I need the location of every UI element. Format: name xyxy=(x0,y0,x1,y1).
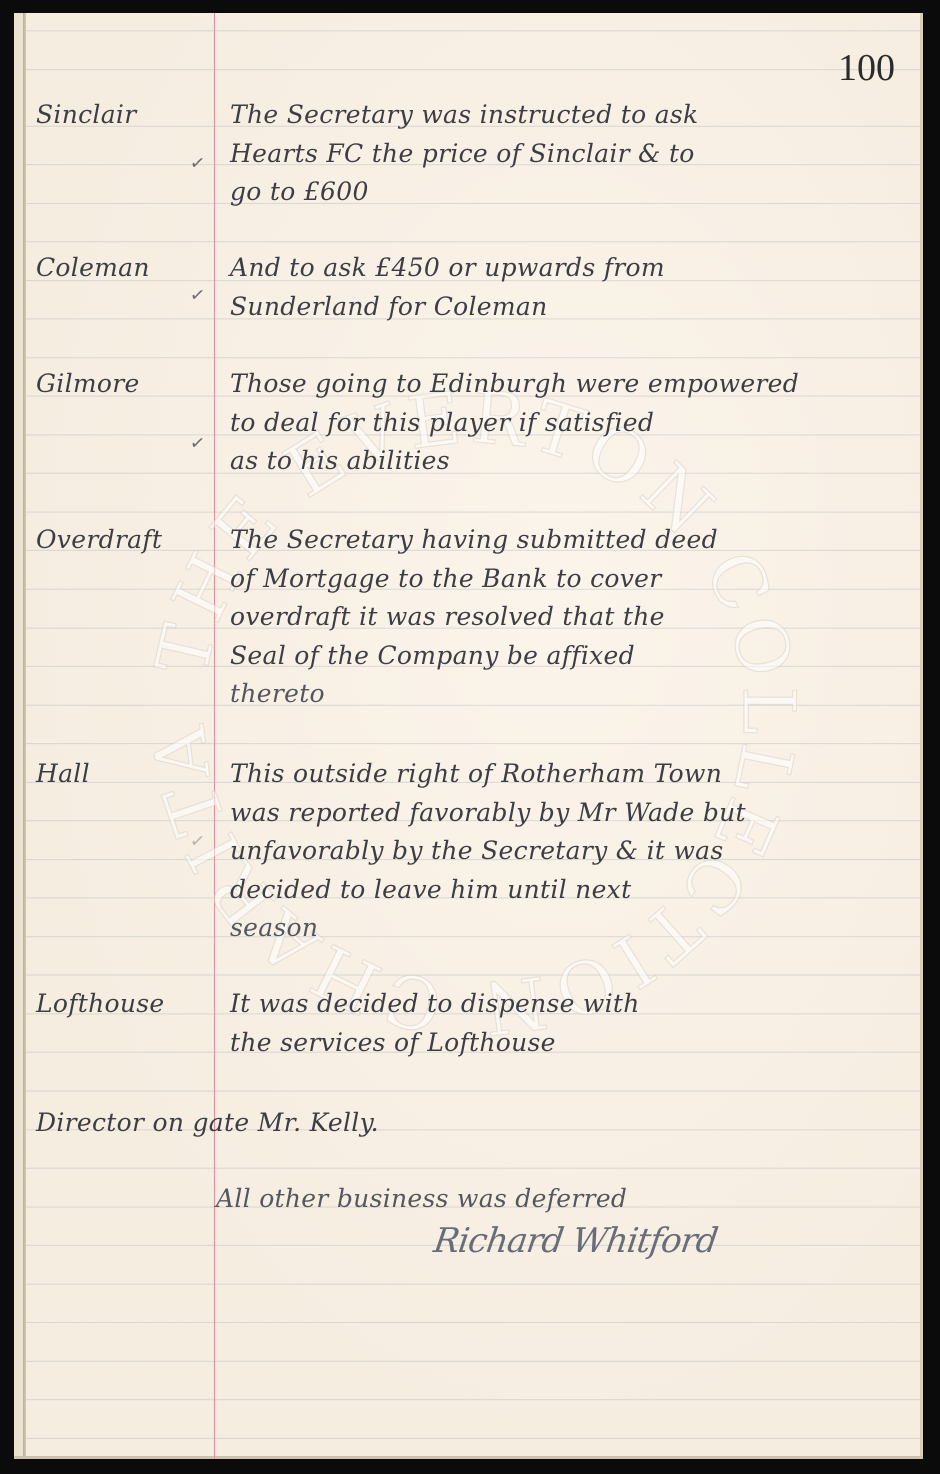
entry-line: to deal for this player if satisfied xyxy=(230,404,799,443)
entry-body: The Secretary was instructed to ask Hear… xyxy=(230,96,698,212)
entry-line: This outside right of Rotherham Town xyxy=(230,755,746,794)
entry-line: The Secretary having submitted deed xyxy=(230,521,718,560)
page-number: 100 xyxy=(838,46,895,90)
entry-line: And to ask £450 or upwards from xyxy=(230,249,665,288)
entry-body: It was decided to dispense with the serv… xyxy=(230,985,640,1062)
entry-line: It was decided to dispense with xyxy=(230,985,640,1024)
entry-label: Lofthouse xyxy=(36,985,165,1024)
entry-line: Those going to Edinburgh were empowered xyxy=(230,365,799,404)
entry-label: Sinclair xyxy=(36,96,136,135)
entry-body: This outside right of Rotherham Town was… xyxy=(230,755,746,948)
binding-strip xyxy=(14,13,23,1459)
entry-line: of Mortgage to the Bank to cover xyxy=(230,560,718,599)
ledger-page: THE EVERTON COLLECTION CHARITABLE TRUST … xyxy=(14,13,923,1459)
check-mark-icon: ✓ xyxy=(189,432,207,455)
entry-line: The Secretary was instructed to ask xyxy=(230,96,698,135)
closing-statement: All other business was deferred xyxy=(216,1180,627,1219)
binding-crease xyxy=(23,13,26,1459)
entry-line: decided to leave him until next xyxy=(230,871,746,910)
check-mark-icon: ✓ xyxy=(189,284,207,307)
check-mark-icon: ✓ xyxy=(189,830,207,853)
page-edge-right xyxy=(920,13,923,1459)
entry-label: Overdraft xyxy=(36,521,162,560)
chairman-signature: Richard Whitford xyxy=(431,1221,720,1261)
entry-line: Hearts FC the price of Sinclair & to xyxy=(230,135,698,174)
red-margin-line xyxy=(214,13,215,1459)
entry-label: Coleman xyxy=(36,249,150,288)
entry-line: the services of Lofthouse xyxy=(230,1024,640,1063)
page-edge-bottom xyxy=(14,1456,923,1459)
entry-label: Hall xyxy=(36,755,90,794)
entry-line: season xyxy=(230,909,746,948)
director-on-gate-note: Director on gate Mr. Kelly. xyxy=(36,1104,379,1143)
entry-line: overdraft it was resolved that the xyxy=(230,598,718,637)
entry-line: unfavorably by the Secretary & it was xyxy=(230,832,746,871)
entry-body: And to ask £450 or upwards from Sunderla… xyxy=(230,249,665,326)
entry-line: was reported favorably by Mr Wade but xyxy=(230,794,746,833)
entry-line: as to his abilities xyxy=(230,442,799,481)
entry-body: The Secretary having submitted deed of M… xyxy=(230,521,718,714)
entry-line: go to £600 xyxy=(230,173,698,212)
entry-line: Seal of the Company be affixed xyxy=(230,637,718,676)
entry-body: Those going to Edinburgh were empowered … xyxy=(230,365,799,481)
entry-line: thereto xyxy=(230,675,718,714)
entry-line: Sunderland for Coleman xyxy=(230,288,665,327)
check-mark-icon: ✓ xyxy=(189,152,207,175)
entry-label: Gilmore xyxy=(36,365,140,404)
